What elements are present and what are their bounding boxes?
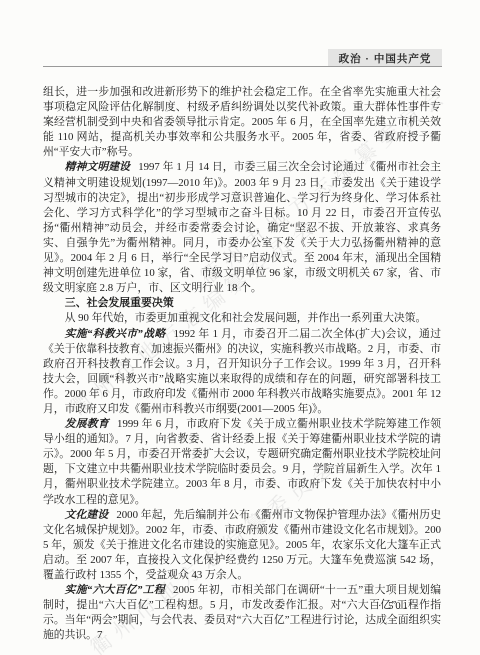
paragraph: 组长，进一步加强和改进新形势下的维护社会稳定工作。在全省率先实施重大社会事项稳定… xyxy=(43,85,441,160)
paragraph-text: 从 90 年代始，市委更加重视文化和社会发展问题，并作出一系列重大决策。 xyxy=(65,312,427,324)
paragraph-lead-term: 文化建设 xyxy=(65,509,109,521)
paragraph-lead-term: 精神文明建设 xyxy=(65,161,131,173)
paragraph-text: 1999 年 6 月，市政府下发《关于成立衢州职业技术学院筹建工作领导小组的通知… xyxy=(43,418,441,505)
paragraph-text: 1997 年 1 月 14 日，市委三届三次全会讨论通过《衢州市社会主义精神文明… xyxy=(43,161,441,294)
paragraph-lead-term: 实施“科教兴市”战略 xyxy=(65,328,166,340)
header-rule xyxy=(43,66,442,67)
paragraph-lead-term: 发展教育 xyxy=(65,418,109,430)
paragraph: 从 90 年代始，市委更加重视文化和社会发展问题，并作出一系列重大决策。 xyxy=(43,311,441,326)
paragraph-text: 组长，进一步加强和改进新形势下的维护社会稳定工作。在全省率先实施重大社会事项稳定… xyxy=(43,86,441,158)
paragraph-text: 1992 年 1 月，市委召开二届二次全体(扩大)会议，通过《关于依靠科技教育、… xyxy=(43,328,441,415)
book-page: 衢州市地方志编纂委员会 衢州市地方志编纂委员会 衢州市地方志编纂委员会 政治 ·… xyxy=(0,0,480,655)
running-head-label: 政治 · 中国共产党 xyxy=(339,51,432,66)
paragraph-lead-term: 实施“六大百亿”工程 xyxy=(65,584,165,596)
body-text: 组长，进一步加强和改进新形势下的维护社会稳定工作。在全省率先实施重大社会事项稳定… xyxy=(43,85,441,643)
running-head-box: 政治 · 中国共产党 xyxy=(328,49,442,67)
section-heading: 三、社会发展重要决策 xyxy=(43,296,441,311)
paragraph: 文化建设2000 年起，先后编制并公布《衢州市文物保护管理办法》《衢州历史文化名… xyxy=(43,508,441,583)
page-number: · 501 · xyxy=(378,601,420,612)
paragraph: 实施“科教兴市”战略1992 年 1 月，市委召开二届二次全体(扩大)会议，通过… xyxy=(43,327,441,418)
paragraph: 精神文明建设1997 年 1 月 14 日，市委三届三次全会讨论通过《衢州市社会… xyxy=(43,160,441,296)
paragraph: 发展教育1999 年 6 月，市政府下发《关于成立衢州职业技术学院筹建工作领导小… xyxy=(43,417,441,508)
heading-text: 三、社会发展重要决策 xyxy=(65,297,174,309)
paragraph: 实施“六大百亿”工程2005 年初，市相关部门在调研“十一五”重大项目规划编制时… xyxy=(43,583,441,643)
